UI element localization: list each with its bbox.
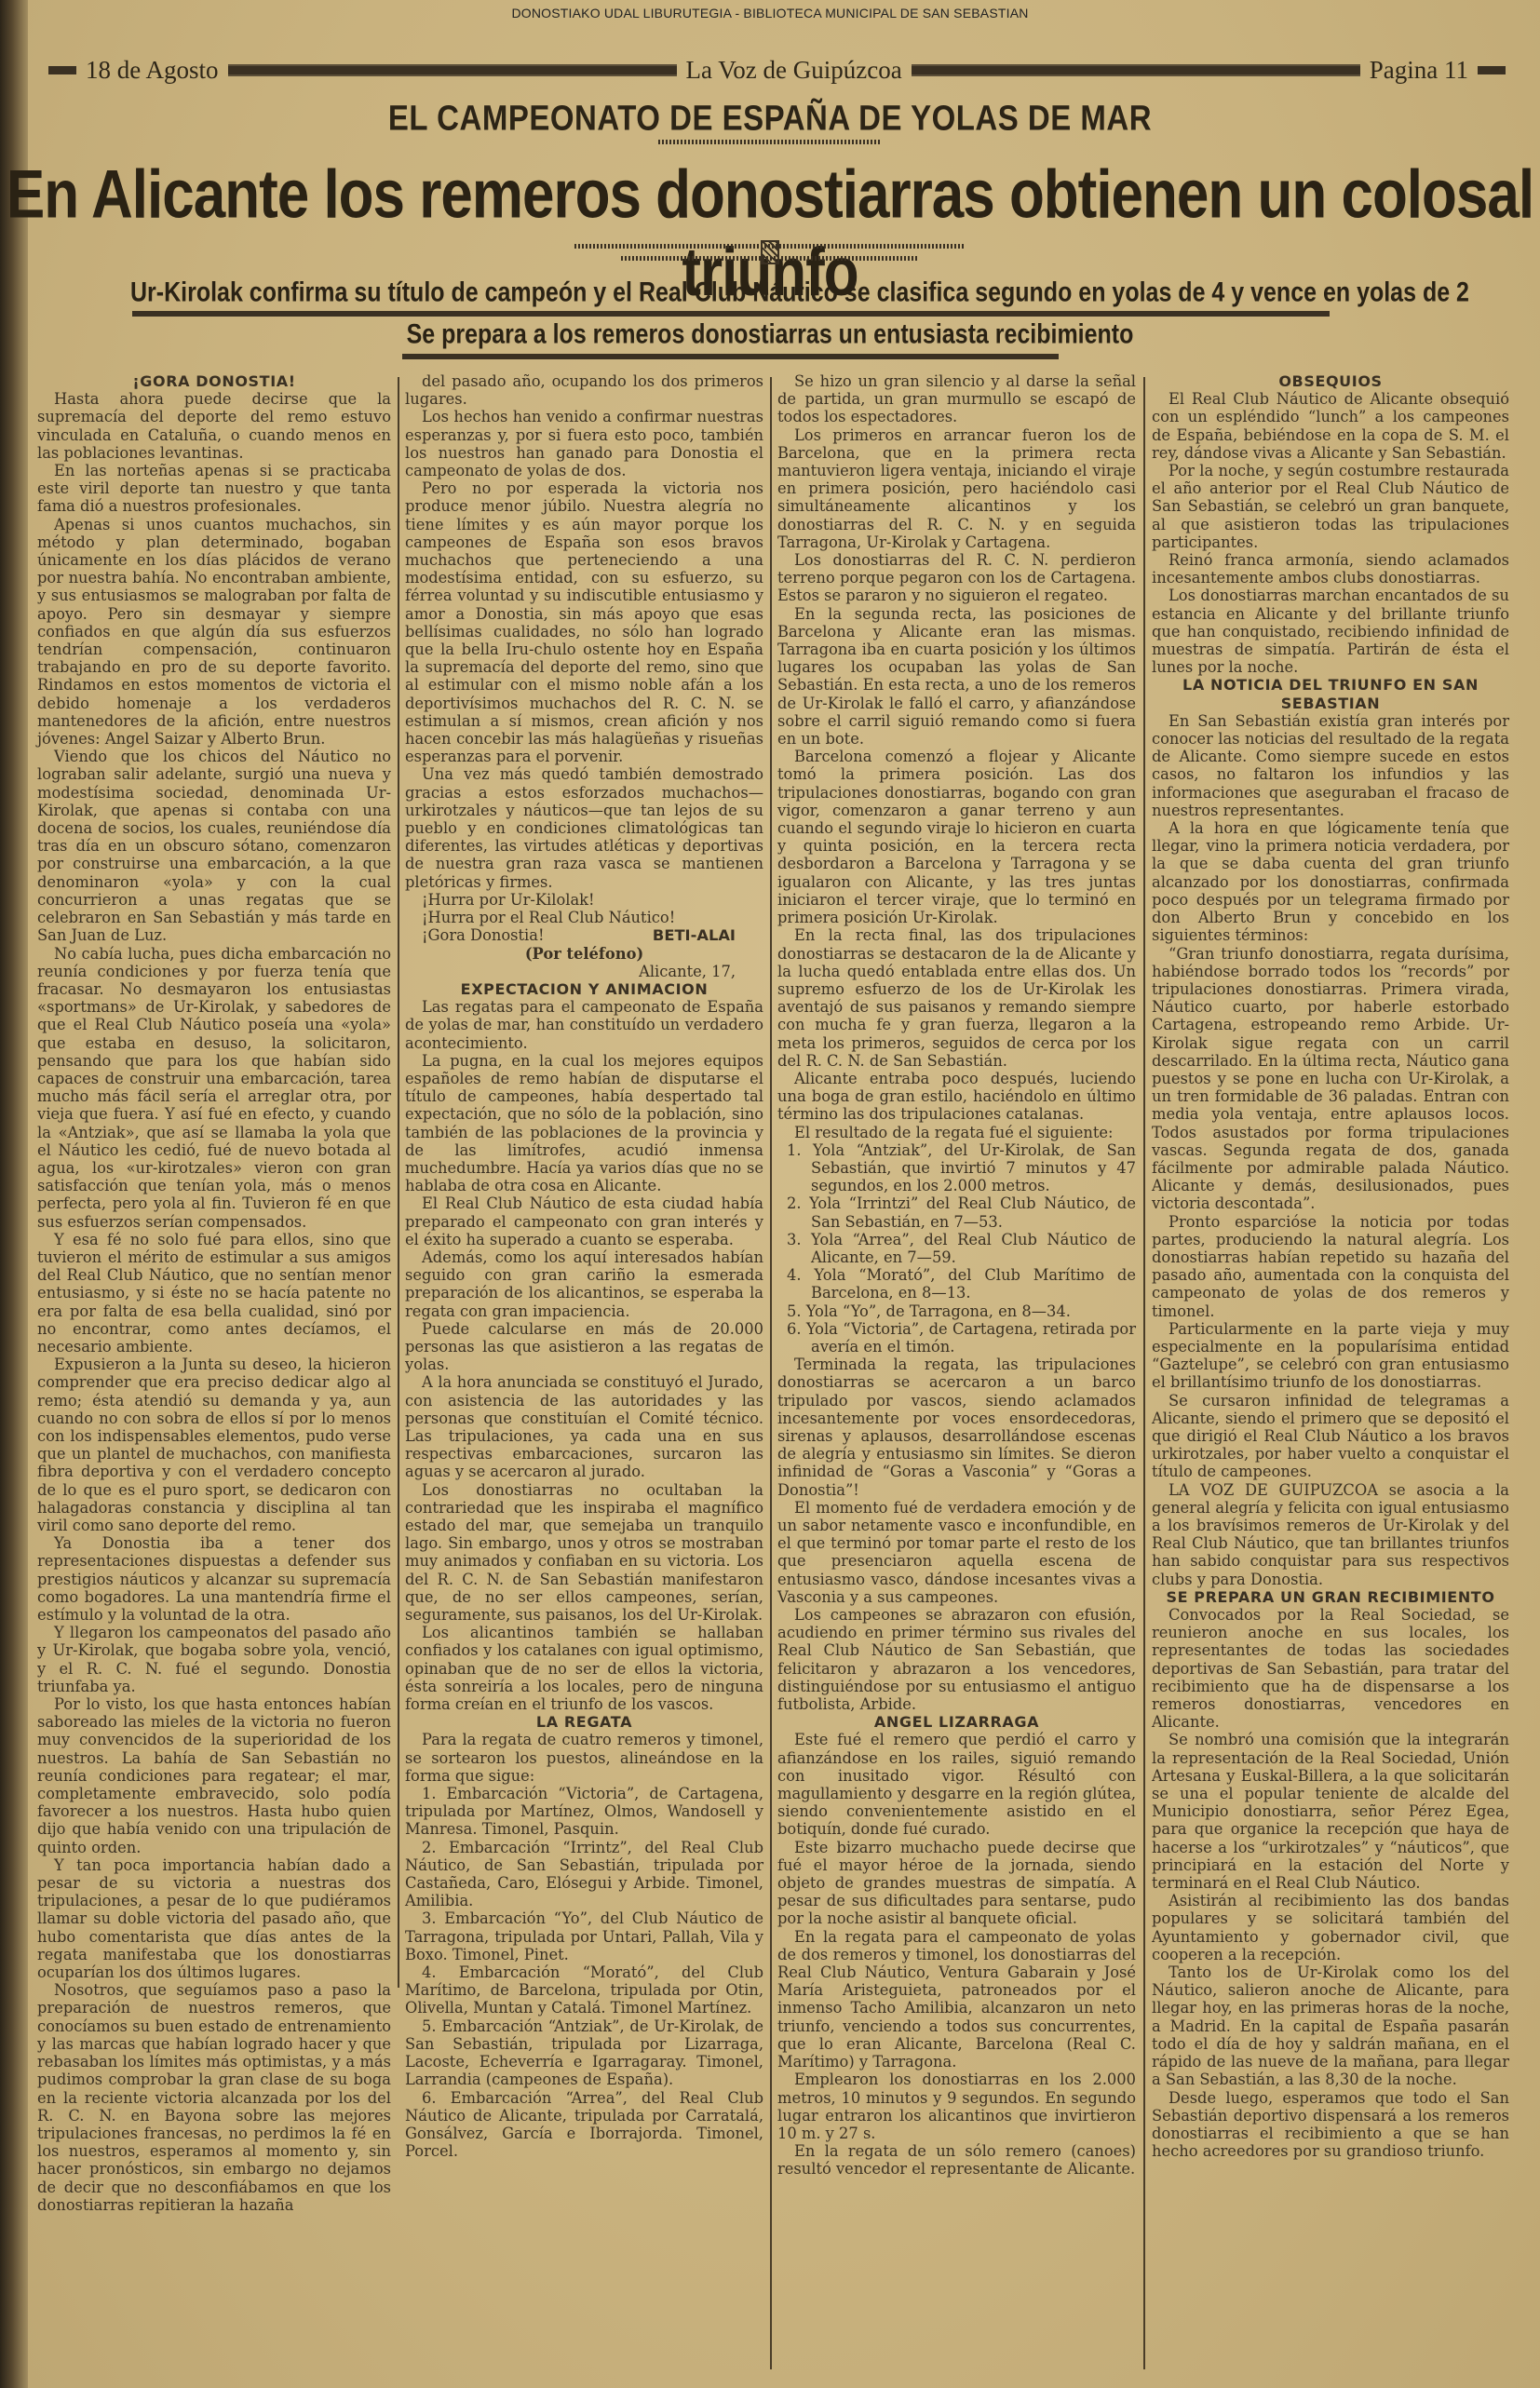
paragraph: “Gran triunfo donostiarra, regata durísi… [1152,945,1509,1213]
subheadline-1: Ur-Kirolak confirma su título de campeón… [130,277,1331,308]
paragraph: En San Sebastián existía gran interés po… [1152,712,1509,819]
paragraph: Este bizarro muchacho puede decirse que … [777,1839,1136,1928]
folio-newspaper: La Voz de Guipúzcoa [686,56,902,85]
column-divider [1143,377,1145,2369]
paragraph: LA VOZ DE GUIPUZCOA se asocia a la gener… [1152,1481,1509,1588]
headline-ornament [574,240,966,264]
paragraph: En las norteñas apenas si se practicaba … [37,462,391,516]
kicker-dotted-rule [658,140,882,144]
paragraph: Tanto los de Ur-Kirolak como los del Náu… [1152,1963,1509,2088]
paragraph: Convocados por la Real Sociedad, se reun… [1152,1606,1509,1731]
column-4: OBSEQUIOS El Real Club Náutico de Alican… [1152,372,1509,2160]
section-heading: SE PREPARA UN GRAN RECIBIMIENTO [1152,1588,1509,1606]
column-divider [770,377,772,2369]
paragraph: Desde luego, esperamos que todo el San S… [1152,2089,1509,2161]
crew-entry: 2. Embarcación “Irrintz”, del Real Club … [405,1839,763,1910]
signature-line: ¡Gora Donostia! BETI-ALAI [405,926,763,944]
paragraph: El Real Club Náutico de Alicante obsequi… [1152,390,1509,462]
paragraph: Emplearon los donostiarras en los 2.000 … [777,2071,1136,2142]
ornament-knot-icon [761,240,779,264]
section-heading: ¡GORA DONOSTIA! [37,372,391,390]
paragraph: Puede calcularse en más de 20.000 person… [405,1320,763,1374]
column-4-body-a: El Real Club Náutico de Alicante obsequi… [1152,390,1509,676]
dateline: Alicante, 17, [405,963,763,980]
paragraph: Apenas si unos cuantos muchachos, sin mé… [37,516,391,749]
paragraph: Nosotros, que seguíamos paso a paso la p… [37,1981,391,2214]
paragraph: El resultado de la regata fué el siguien… [777,1124,1136,1141]
paragraph: Ya Donostia iba a tener dos representaci… [37,1534,391,1624]
paragraph: Alicante entraba poco después, luciendo … [777,1070,1136,1124]
section-heading: EXPECTACION Y ANIMACION [405,980,763,998]
paragraph: No cabía lucha, pues dicha embarcación n… [37,945,391,1231]
section-heading: ANGEL LIZARRAGA [777,1713,1136,1731]
column-1-body: Hasta ahora puede decirse que la suprema… [37,390,391,2214]
crew-list: 1. Embarcación “Victoria”, de Cartagena,… [405,1785,763,2160]
paragraph: Pronto esparcióse la noticia por todas p… [1152,1213,1509,1320]
paragraph: Los donostiarras no ocultaban la contrar… [405,1481,763,1625]
crew-entry: 6. Embarcación “Arrea”, del Real Club Ná… [405,2089,763,2161]
book-spine [0,0,32,2388]
dispatch-via: (Por teléfono) [405,945,763,963]
paragraph: Para la regata de cuatro remeros y timon… [405,1731,763,1785]
result-entry: 5. Yola “Yo”, de Tarragona, en 8—34. [777,1302,1136,1320]
paragraph: Hasta ahora puede decirse que la suprema… [37,390,391,462]
paragraph: Y esa fé no solo fué para ellos, sino qu… [37,1231,391,1356]
result-entry: 6. Yola “Victoria”, de Cartagena, retira… [777,1320,1136,1356]
result-entry: 3. Yola “Arrea”, del Real Club Náutico d… [777,1231,1136,1266]
subheadline-1-rule [132,311,1330,317]
folio-date: 18 de Agosto [86,56,219,85]
folio-page: Pagina 11 [1370,56,1468,85]
paragraph: A la hora anunciada se constituyó el Jur… [405,1373,763,1480]
paragraph: Por la noche, y según costumbre restaura… [1152,462,1509,551]
paragraph: Y llegaron los campeonatos del pasado añ… [37,1624,391,1695]
archive-watermark: DONOSTIAKO UDAL LIBURUTEGIA - BIBLIOTECA… [0,6,1540,20]
paragraph: En la regata para el campeonato de yolas… [777,1928,1136,2071]
paragraph: El momento fué de verdadera emoción y de… [777,1499,1136,1606]
column-3: Se hizo un gran silencio y al darse la s… [777,372,1136,2179]
column-4-body-b: En San Sebastián existía gran interés po… [1152,712,1509,1588]
author-signature: BETI-ALAI [653,926,736,944]
column-1: ¡GORA DONOSTIA! Hasta ahora puede decirs… [37,372,391,2214]
section-heading: LA NOTICIA DEL TRIUNFO EN SAN SEBASTIAN [1152,676,1509,711]
column-3-body-b: Terminada la regata, las tripulaciones d… [777,1356,1136,1713]
paragraph: A la hora en que lógicamente tenía que l… [1152,819,1509,944]
paragraph: La pugna, en la cual los mejores equipos… [405,1052,763,1195]
paragraph: Además, como los aquí interesados habían… [405,1248,763,1320]
paragraph: Viendo que los chicos del Náutico no log… [37,748,391,944]
paragraph: Las regatas para el campeonato de España… [405,998,763,1052]
result-entry: 2. Yola “Irrintzi” del Real Club Náutico… [777,1194,1136,1230]
paragraph: Reinó franca armonía, siendo aclamados i… [1152,551,1509,587]
paragraph: En la recta final, las dos tripulaciones… [777,926,1136,1070]
folio-ornament-right [1478,66,1506,74]
paragraph: Expusieron a la Junta su deseo, la hicie… [37,1356,391,1534]
paragraph: Y tan poca importancia habían dado a pes… [37,1856,391,1981]
crew-entry: 5. Embarcación “Antziak”, de Ur-Kirolak,… [405,2017,763,2089]
paragraph: Los alicantinos también se hallaban conf… [405,1624,763,1713]
paragraph: Los donostiarras marchan encantados de s… [1152,587,1509,676]
paragraph: En la regata de un sólo remero (canoes) … [777,2142,1136,2178]
paragraph: Los primeros en arrancar fueron los de B… [777,426,1136,551]
paragraph: Pero no por esperada la victoria nos pro… [405,479,763,765]
subheadline-2: Se prepara a los remeros donostiarras un… [0,318,1540,350]
crew-entry: 3. Embarcación “Yo”, del Club Náutico de… [405,1909,763,1963]
results-list: 1. Yola “Antziak”, del Ur-Kirolak, de Sa… [777,1141,1136,1356]
page-folio: 18 de Agosto La Voz de Guipúzcoa Pagina … [48,51,1506,88]
column-2-body-a: del pasado año, ocupando los dos primero… [405,372,763,891]
paragraph: Los hechos han venido a confirmar nuestr… [405,408,763,479]
folio-rule [228,64,677,76]
column-3-body-a: Se hizo un gran silencio y al darse la s… [777,372,1136,1141]
paragraph: Por lo visto, los que hasta entonces hab… [37,1695,391,1856]
paragraph: En la segunda recta, las posiciones de B… [777,605,1136,749]
paragraph: Terminada la regata, las tripulaciones d… [777,1356,1136,1499]
paragraph: El Real Club Náutico de esta ciudad habí… [405,1194,763,1248]
cheer-line: ¡Hurra por el Real Club Náutico! [405,909,763,926]
section-heading: LA REGATA [405,1713,763,1731]
folio-ornament-left [48,66,76,74]
column-4-body-c: Convocados por la Real Sociedad, se reun… [1152,1606,1509,2160]
paragraph: Se nombró una comisión que la integrarán… [1152,1731,1509,1892]
paragraph: Asistirán al recibimiento las dos bandas… [1152,1892,1509,1963]
column-2-body-b: Las regatas para el campeonato de España… [405,998,763,1713]
result-entry: 4. Yola “Morató”, del Club Marítimo de B… [777,1266,1136,1302]
cheers-block: ¡Hurra por Ur-Kilolak! ¡Hurra por el Rea… [405,891,763,945]
paragraph: Este fué el remero que perdió el carro y… [777,1731,1136,1838]
paragraph: Los donostiarras del R. C. N. perdieron … [777,551,1136,605]
paragraph: Se cursaron infinidad de telegramas a Al… [1152,1392,1509,1481]
cheer-line: ¡Gora Donostia! [422,926,545,944]
paragraph: Particularmente en la parte vieja y muy … [1152,1320,1509,1392]
crew-entry: 1. Embarcación “Victoria”, de Cartagena,… [405,1785,763,1839]
article-kicker: EL CAMPEONATO DE ESPAÑA DE YOLAS DE MAR [0,98,1540,139]
cheer-line: ¡Hurra por Ur-Kilolak! [405,891,763,909]
column-divider [398,377,399,1988]
crew-entry: 4. Embarcación “Morató”, del Club Maríti… [405,1963,763,2017]
paragraph: del pasado año, ocupando los dos primero… [405,372,763,408]
paragraph: Los campeones se abrazaron con efusión, … [777,1606,1136,1713]
result-entry: 1. Yola “Antziak”, del Ur-Kirolak, de Sa… [777,1141,1136,1195]
column-3-body-c: Este fué el remero que perdió el carro y… [777,1731,1136,2178]
paragraph: Se hizo un gran silencio y al darse la s… [777,372,1136,426]
column-2: del pasado año, ocupando los dos primero… [405,372,763,2160]
subheadline-2-rule [402,354,1059,359]
paragraph: Una vez más quedó también demostrado gra… [405,765,763,890]
folio-rule [912,64,1360,76]
section-heading: OBSEQUIOS [1152,372,1509,390]
paragraph: Barcelona comenzó a flojear y Alicante t… [777,748,1136,926]
